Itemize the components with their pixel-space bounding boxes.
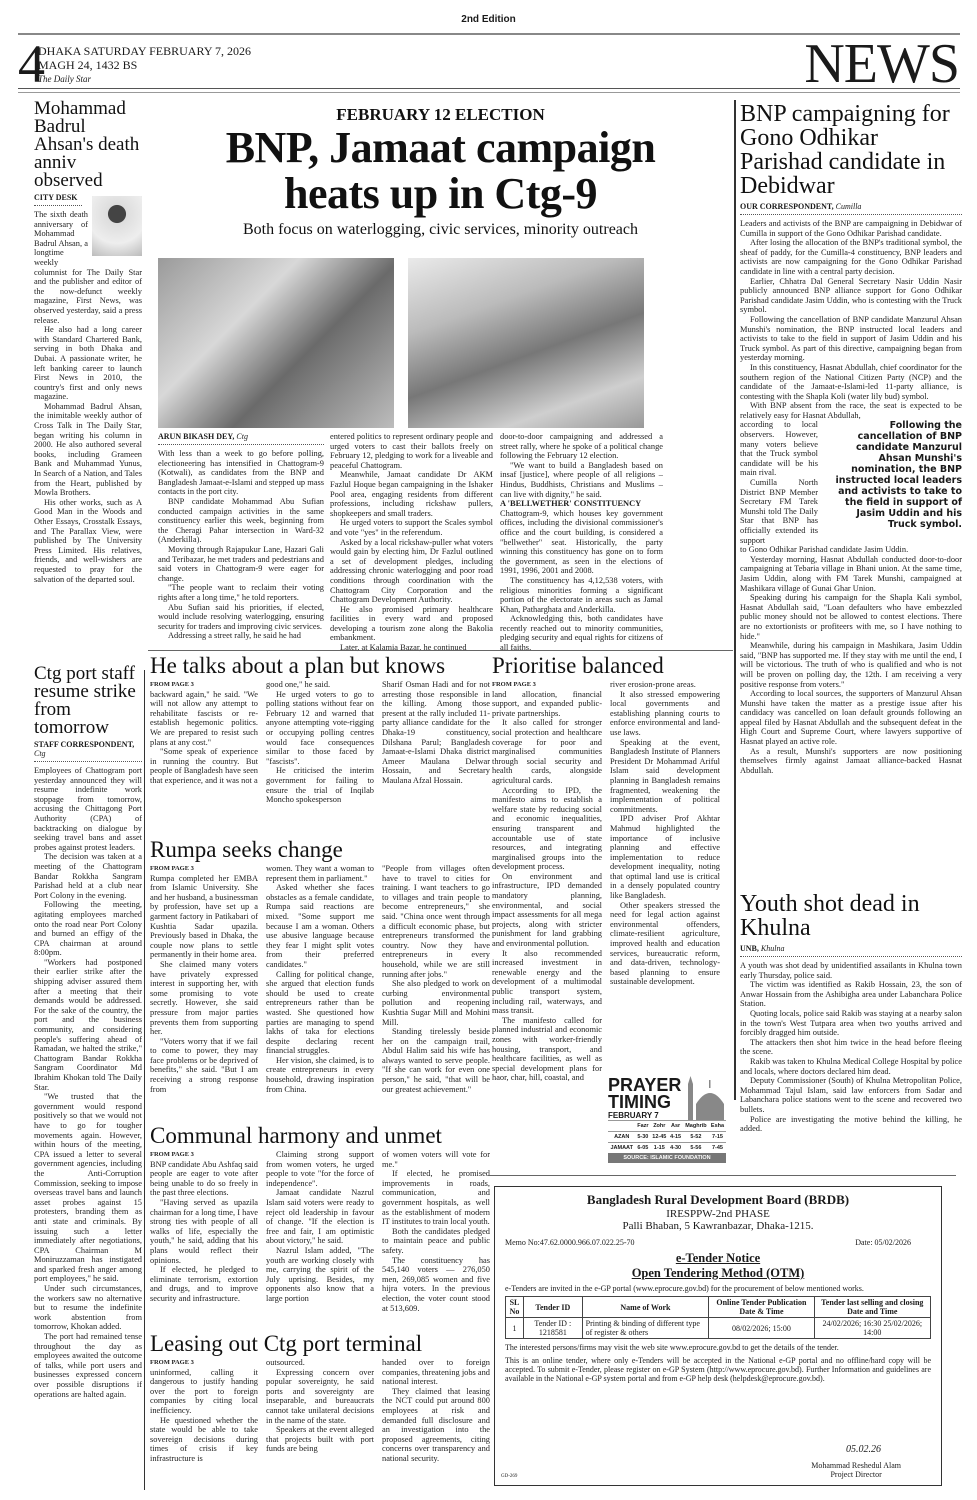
mosque-icon — [686, 1076, 726, 1120]
paragraph: "Having served as upazila chairman for a… — [150, 1198, 258, 1265]
dateline: DHAKA SATURDAY FEBRUARY 7, 2026 MAGH 24,… — [38, 44, 251, 86]
headline: BNP campaigning for Gono Odhikar Parisha… — [740, 102, 962, 198]
paragraph: Leaders and activists of the BNP are cam… — [740, 219, 962, 238]
jump-plan: He talks about a plan but knows FROM PAG… — [150, 652, 490, 805]
story-badrul-ahsan: Mohammad Badrul Ahsan's death anniv obse… — [34, 100, 142, 584]
memo-date: Date: 05/02/2026 — [855, 1238, 911, 1247]
tender-row: 1 Tender ID : 1218581 Printing & binding… — [506, 1318, 931, 1339]
paragraph: The port had remained tense throughout t… — [34, 1332, 142, 1399]
jump-columns: FROM PAGE 3 BNP candidate Abu Ashfaq sai… — [150, 1150, 490, 1313]
jump-columns: FROM PAGE 3 uninformed, calling it dange… — [150, 1358, 490, 1464]
jump-col: Claiming strong support from women voter… — [266, 1150, 374, 1313]
byline-name: STAFF CORRESPONDENT, — [34, 740, 134, 749]
dotted-rule — [34, 205, 82, 206]
section-divider — [148, 650, 733, 651]
jump-col: handed over to foreign companies, threat… — [382, 1358, 490, 1464]
cell: AZAN — [608, 1132, 635, 1143]
paragraph: "We want to build a Bangladesh based on … — [500, 461, 663, 499]
story-body: door-to-door campaigning and addressed a… — [500, 432, 663, 653]
paragraph: In this constituency, Hasnat Abdullah, c… — [740, 363, 962, 401]
paragraph: "Some speak of experience in running the… — [150, 747, 258, 785]
paragraph: Asked by a local rickshaw-puller what vo… — [330, 538, 493, 605]
paragraph: Claiming strong support from women voter… — [266, 1150, 374, 1188]
paragraph: According to local sources, the supporte… — [740, 689, 962, 747]
cell: Fazr — [635, 1121, 650, 1132]
col-header: Name of Work — [582, 1297, 709, 1318]
col-header: Tender ID — [524, 1297, 583, 1318]
paragraph: Expressing concern over popular sovereig… — [266, 1368, 374, 1426]
jump-communal: Communal harmony and unmet FROM PAGE 3 B… — [150, 1122, 490, 1313]
jump-col: women. They want a woman to represent th… — [266, 864, 374, 1094]
cell: 5-30 — [635, 1132, 650, 1143]
paragraph: After losing the allocation of the BNP's… — [740, 238, 962, 276]
from-page: FROM PAGE 3 — [150, 1358, 258, 1368]
column-divider — [144, 670, 145, 1490]
paragraph: Earlier, Chhatra Dal General Secretary N… — [740, 277, 962, 315]
paragraph: Both the candidates pledged to maintain … — [382, 1227, 490, 1256]
jump-columns: FROM PAGE 3 Rumpa completed her EMBA fro… — [150, 864, 490, 1094]
col-header: SL No — [506, 1297, 524, 1318]
cell: 24/02/2026; 16:30 25/02/2026; 14:00 — [814, 1318, 930, 1339]
paragraph: Meanwhile, Jamaat candidate Dr AKM Fazlu… — [330, 470, 493, 518]
byline-place: Ctg — [236, 432, 248, 441]
portrait-photo — [92, 196, 142, 256]
paragraph: The victim was identified as Rakib Hossa… — [740, 980, 962, 1009]
jump-col: FROM PAGE 3 land allocation, financial s… — [492, 680, 602, 1083]
azan-row: AZAN 5-30 12-45 4-15 5-52 7-15 — [608, 1132, 726, 1143]
prayer-date: FEBRUARY 7 — [608, 1111, 681, 1120]
paragraph: "Voters worry that if we fail to come to… — [150, 1037, 258, 1095]
headline: He talks about a plan but knows — [150, 652, 490, 680]
story-body: Employees of Chattogram port yesterday a… — [34, 766, 142, 1399]
jump-col: outsourced. Expressing concern over popu… — [266, 1358, 374, 1464]
paragraph: The constituency has 545,140 voters — 27… — [382, 1256, 490, 1314]
pullquote: Following the cancellation of BNP candid… — [826, 420, 962, 545]
paragraph: Other speakers stressed the need for leg… — [610, 901, 720, 987]
paragraph: She claimed many voters have privately e… — [150, 960, 258, 1037]
paragraph: BNP candidate Mohammad Abu Sufian conduc… — [158, 497, 324, 545]
paragraph: Acknowledging this, both candidates have… — [500, 614, 663, 652]
campaign-photo-jamaat — [408, 258, 644, 428]
jump-columns: FROM PAGE 3 backward again," he said. "W… — [150, 680, 490, 805]
cell: Asr — [668, 1121, 683, 1132]
jump-col: FROM PAGE 3 Rumpa completed her EMBA fro… — [150, 864, 258, 1094]
jump-col: of women voters will vote for me." If el… — [382, 1150, 490, 1313]
paragraph: Cumilla North District BNP Member Secret… — [740, 478, 818, 545]
bangla-date: MAGH 24, 1432 BS — [38, 58, 251, 72]
headline: Ctg port staff resume strike from tomorr… — [34, 665, 142, 737]
headline: Mohammad Badrul Ahsan's death anniv obse… — [34, 100, 142, 190]
col-header: Tender last selling and closing Date and… — [814, 1297, 930, 1318]
jump-col-right: river erosion-prone areas. It also stres… — [610, 680, 720, 1083]
date-line: DHAKA SATURDAY FEBRUARY 7, 2026 — [38, 44, 251, 58]
paragraph: The constituency has 4,12,538 voters, wi… — [500, 576, 663, 614]
byline-place: Cumilla — [836, 202, 862, 211]
paragraph: It also called for stronger social prote… — [492, 718, 602, 785]
paragraph: He also had a long career with Standard … — [34, 325, 142, 402]
cell: 7-45 — [709, 1143, 726, 1154]
paragraph: Asked whether she faces obstacles as a f… — [266, 883, 374, 969]
prayer-source: SOURCE: ISLAMIC FOUNDATION — [608, 1153, 726, 1163]
paragraph: "Workers had postponed their earlier str… — [34, 958, 142, 1092]
cell: 1-15 — [650, 1143, 668, 1154]
dotted-rule — [740, 214, 962, 215]
paragraph: to Gono Odhikar Parishad candidate Jasim… — [740, 545, 962, 555]
ad-address: Palli Bhaban, 5 Kawranbazar, Dhaka-1215. — [505, 1220, 931, 1232]
lead-col-1: ARUN BIKASH DEY, Ctg With less than a we… — [158, 432, 324, 641]
wrap-column: according to local observers. However, m… — [740, 420, 818, 545]
campaign-photo-bnp — [158, 258, 394, 428]
memo-row: Memo No:47.62.0000.966.07.022.25-70 Date… — [505, 1238, 931, 1247]
lead-headline-line2: heats up in Ctg-9 — [148, 171, 733, 217]
cell: Maghrib — [683, 1121, 709, 1132]
jump-col: "People from villages often have to trav… — [382, 864, 490, 1094]
lead-col-2: entered politics to represent ordinary p… — [330, 432, 493, 653]
ad-title-2: Open Tendering Method (OTM) — [505, 1266, 931, 1281]
headline: Communal harmony and unmet — [150, 1122, 490, 1150]
paragraph: It also stressed empowering local govern… — [610, 690, 720, 738]
tender-table: SL No Tender ID Name of Work Online Tend… — [505, 1296, 931, 1339]
paragraph: The manifesto called for planned industr… — [492, 1016, 602, 1083]
prayer-timing-box: PRAYER TIMING FEBRUARY 7 Fazr Zohr Asr M… — [608, 1076, 726, 1163]
cell: 12-45 — [650, 1132, 668, 1143]
paragraph: The decision was taken at a meeting of t… — [34, 852, 142, 900]
byline: ARUN BIKASH DEY, Ctg — [158, 432, 324, 441]
jump-leasing: Leasing out Ctg port terminal FROM PAGE … — [150, 1330, 490, 1464]
kicker: FEBRUARY 12 ELECTION — [148, 105, 733, 125]
story-ctg-port-strike: Ctg port staff resume strike from tomorr… — [34, 665, 142, 1399]
ad-title-1: e-Tender Notice — [505, 1251, 931, 1266]
prayer-header: PRAYER TIMING FEBRUARY 7 — [608, 1076, 726, 1120]
ad-project: IRESPPW-2nd PHASE — [505, 1208, 931, 1220]
cell: 5-52 — [683, 1132, 709, 1143]
story-body: With less than a week to go before polli… — [158, 449, 324, 641]
paragraph: outsourced. — [266, 1358, 374, 1368]
paragraph: uninformed, calling it dangerous to just… — [150, 1368, 258, 1416]
story-body: A youth was shot dead by unidentified as… — [740, 961, 962, 1134]
col-header: Online Tender Publication Date & Time — [709, 1297, 814, 1318]
cell: Zohr — [650, 1121, 668, 1132]
paragraph: IPD adviser Prof Akhtar Mahmud highlight… — [610, 814, 720, 900]
paragraph: She also pledged to work on curbing envi… — [382, 979, 490, 1027]
cell: 08/02/2026; 15:00 — [709, 1318, 814, 1339]
dotted-rule — [34, 761, 142, 762]
cell: 4-15 — [668, 1132, 683, 1143]
paragraph: Following the cancellation of BNP candid… — [740, 315, 962, 363]
lead-headline-line1: BNP, Jamaat campaign — [148, 125, 733, 171]
story-debidwar: BNP campaigning for Gono Odhikar Parisha… — [740, 102, 962, 775]
paragraph: His other works, such as A Good Man in t… — [34, 498, 142, 584]
paragraph: Rumpa completed her EMBA from Islamic Un… — [150, 874, 258, 960]
byline-place: Ctg — [34, 749, 46, 758]
lead-story-header: FEBRUARY 12 ELECTION BNP, Jamaat campaig… — [148, 105, 733, 241]
paragraph: If elected, he pledged to eliminate terr… — [150, 1265, 258, 1303]
cell: 7-15 — [709, 1132, 726, 1143]
pullquote-wrap: according to local observers. However, m… — [740, 420, 962, 545]
dotted-rule — [158, 444, 324, 445]
signature: 05.02.26 — [846, 1444, 881, 1455]
paragraph: The attackers then shot him twice in the… — [740, 1038, 962, 1057]
from-page: FROM PAGE 3 — [150, 680, 258, 690]
paper-logo: The Daily Star — [38, 72, 251, 86]
paragraph: Speaking at the event, Bangladesh Instit… — [610, 738, 720, 815]
paragraph: Speaking during his campaign for the Sha… — [740, 593, 962, 641]
paragraph: Her vision, she claimed, is to create en… — [266, 1056, 374, 1094]
ad-note-2: This is an online tender, where only e-T… — [505, 1356, 931, 1383]
tender-header-row: SL No Tender ID Name of Work Online Tend… — [506, 1297, 931, 1318]
paragraph: river erosion-prone areas. — [610, 680, 720, 690]
prayer-table: Fazr Zohr Asr Maghrib Esha AZAN 5-30 12-… — [608, 1120, 726, 1153]
jamaat-row: JAMAAT 6-05 1-15 4-30 5-56 7-45 — [608, 1143, 726, 1154]
paragraph: Quoting locals, police said Rakib was st… — [740, 1009, 962, 1038]
paragraph: Rakib was taken to Khulna Medical Colleg… — [740, 1057, 962, 1076]
paragraph: As a result, Munshi's supporters are now… — [740, 747, 962, 776]
cell — [608, 1121, 635, 1132]
story-body: The sixth death anniversary of Mohammad … — [34, 210, 142, 584]
jump-col: Sharif Osman Hadi and for not arresting … — [382, 680, 490, 805]
byline-name: ARUN BIKASH DEY, — [158, 432, 234, 441]
ad-org: Bangladesh Rural Development Board (BRDB… — [505, 1192, 931, 1208]
paragraph: Yesterday morning, Hasnat Abdullah condu… — [740, 555, 962, 593]
signatory-block: Mohammad Reshedul Alam Project Director — [811, 1461, 901, 1479]
headline: Leasing out Ctg port terminal — [150, 1330, 490, 1358]
byline: OUR CORRESPONDENT, Cumilla — [740, 202, 962, 211]
cell: Esha — [709, 1121, 726, 1132]
prayer-title-block: PRAYER TIMING FEBRUARY 7 — [608, 1077, 681, 1120]
paragraph: Deputy Commissioner (South) of Khulna Me… — [740, 1076, 962, 1114]
paragraph: Speakers at the event alleged that proje… — [266, 1425, 374, 1454]
subhead: A 'BELLWETHER' CONSTITUENCY — [500, 499, 663, 509]
memo-number: Memo No:47.62.0000.966.07.022.25-70 — [505, 1238, 635, 1247]
masthead-rule-bottom-2 — [18, 92, 960, 93]
byline-place: Khulna — [761, 944, 785, 953]
paragraph: "People from villages often have to trav… — [382, 864, 490, 979]
jump-col: good one," he said. He urged voters to g… — [266, 680, 374, 805]
tender-advertisement: Bangladesh Rural Development Board (BRDB… — [494, 1186, 942, 1486]
paragraph: BNP candidate Abu Ashfaq said people are… — [150, 1160, 258, 1198]
paragraph: If elected, he promised improvements in … — [382, 1169, 490, 1227]
story-body: entered politics to represent ordinary p… — [330, 432, 493, 653]
paragraph: He also promised primary healthcare faci… — [330, 605, 493, 643]
edition-label: 2nd Edition — [0, 14, 977, 25]
column-divider-right — [734, 100, 736, 1100]
paragraph: Moving through Rajapukur Lane, Hazari Ga… — [158, 545, 324, 583]
story-body: Leaders and activists of the BNP are cam… — [740, 219, 962, 420]
headline: Youth shot dead in Khulna — [740, 892, 962, 940]
cell: Tender ID : 1218581 — [524, 1318, 583, 1339]
from-page: FROM PAGE 3 — [492, 680, 602, 690]
jump-columns: FROM PAGE 3 land allocation, financial s… — [492, 680, 728, 1083]
paragraph: Meanwhile, during his campaign in Mashik… — [740, 641, 962, 689]
ad-intro: e-Tenders are invited in the e-GP portal… — [505, 1284, 931, 1293]
story-khulna: Youth shot dead in Khulna UNB, Khulna A … — [740, 892, 962, 1134]
paragraph: land allocation, financial support, and … — [492, 690, 602, 719]
jump-col: FROM PAGE 3 uninformed, calling it dange… — [150, 1358, 258, 1464]
paragraph: With less than a week to go before polli… — [158, 449, 324, 497]
paragraph: A youth was shot dead by unidentified as… — [740, 961, 962, 980]
paragraph: Under such circumstances, the workers sa… — [34, 1284, 142, 1332]
paragraph: Employees of Chattogram port yesterday a… — [34, 766, 142, 852]
headline: Rumpa seeks change — [150, 836, 490, 864]
signatory-designation: Project Director — [811, 1470, 901, 1479]
byline-name: OUR CORRESPONDENT, — [740, 202, 834, 211]
byline: UNB, Khulna — [740, 944, 962, 953]
paragraph: backward again," he said. "We will not a… — [150, 690, 258, 748]
paragraph: Abu Sufian said his priorities, if elect… — [158, 603, 324, 632]
story-body-continued: to Gono Odhikar Parishad candidate Jasim… — [740, 545, 962, 775]
paragraph: Sharif Osman Hadi and for not arresting … — [382, 680, 490, 786]
ad-code: GD-269 — [501, 1474, 517, 1479]
paragraph: He questioned whether the state would be… — [150, 1416, 258, 1464]
paragraph: Addressing a street rally, he said he ha… — [158, 631, 324, 641]
cell: 6-05 — [635, 1143, 650, 1154]
cell: 5-56 — [683, 1143, 709, 1154]
timing-title: TIMING — [608, 1094, 681, 1111]
paragraph: "The people want to reclaim their voting… — [158, 583, 324, 602]
paragraph: Standing tirelessly beside her on the ca… — [382, 1027, 490, 1094]
paragraph: door-to-door campaigning and addressed a… — [500, 432, 663, 461]
cell: JAMAAT — [608, 1143, 635, 1154]
signatory-name: Mohammad Reshedul Alam — [811, 1461, 901, 1470]
jump-col: river erosion-prone areas. It also stres… — [610, 680, 720, 987]
paragraph: "We trusted that the government would re… — [34, 1092, 142, 1284]
paragraph: It also recommended increased investment… — [492, 949, 602, 1016]
paragraph: Chattogram-9, which houses key governmen… — [500, 509, 663, 576]
jump-rumpa: Rumpa seeks change FROM PAGE 3 Rumpa com… — [150, 836, 490, 1094]
paragraph: Calling for political change, she argued… — [266, 970, 374, 1056]
cell: Printing & binding of different type of … — [582, 1318, 709, 1339]
from-page: FROM PAGE 3 — [150, 1150, 258, 1160]
ad-note-1: The interested persons/firms may visit t… — [505, 1343, 931, 1352]
paragraph: He criticised the interim government for… — [266, 766, 374, 804]
jump-prioritise: Prioritise balanced FROM PAGE 3 land all… — [492, 652, 728, 1083]
paragraph: He urged voters to support the Scales sy… — [330, 518, 493, 537]
paragraph: Nazrul Islam added, "The youth are worki… — [266, 1246, 374, 1304]
masthead-rule-bottom — [18, 88, 960, 89]
paragraph: Police are investigating the motive behi… — [740, 1115, 962, 1134]
paragraph: of women voters will vote for me." — [382, 1150, 490, 1169]
section-title: NEWS — [804, 40, 959, 88]
paragraph: Mohammad Badrul Ahsan, the inimitable we… — [34, 402, 142, 498]
paragraph: handed over to foreign companies, threat… — [382, 1358, 490, 1387]
dotted-rule — [740, 956, 962, 957]
paragraph: According to IPD, the manifesto aims to … — [492, 786, 602, 872]
paragraph: He urged voters to go to polling station… — [266, 690, 374, 767]
cell: 4-30 — [668, 1143, 683, 1154]
lead-deck: Both focus on waterlogging, civic servic… — [148, 219, 733, 241]
lead-col-3: door-to-door campaigning and addressed a… — [500, 432, 663, 653]
paragraph: Jamaat candidate Nazrul Islam said voter… — [266, 1188, 374, 1246]
headline: Prioritise balanced — [492, 652, 728, 680]
paragraph: women. They want a woman to represent th… — [266, 864, 374, 883]
paragraph: Following the meeting, agitating employe… — [34, 900, 142, 958]
cell: 1 — [506, 1318, 524, 1339]
paragraph: good one," he said. — [266, 680, 374, 690]
prayer-header-row: Fazr Zohr Asr Maghrib Esha — [608, 1121, 726, 1132]
jump-col: FROM PAGE 3 backward again," he said. "W… — [150, 680, 258, 805]
from-page: FROM PAGE 3 — [150, 864, 258, 874]
ad-divider — [488, 1175, 956, 1176]
jump-col: FROM PAGE 3 BNP candidate Abu Ashfaq sai… — [150, 1150, 258, 1313]
byline-name: UNB, — [740, 944, 759, 953]
paragraph: With BNP absent from the race, the seat … — [740, 401, 962, 420]
paragraph: according to local observers. However, m… — [740, 420, 818, 478]
paragraph: entered politics to represent ordinary p… — [330, 432, 493, 470]
paragraph: On environment and infrastructure, IPD d… — [492, 872, 602, 949]
paragraph: They claimed that leasing the NCT could … — [382, 1387, 490, 1464]
byline: STAFF CORRESPONDENT,Ctg — [34, 740, 142, 758]
